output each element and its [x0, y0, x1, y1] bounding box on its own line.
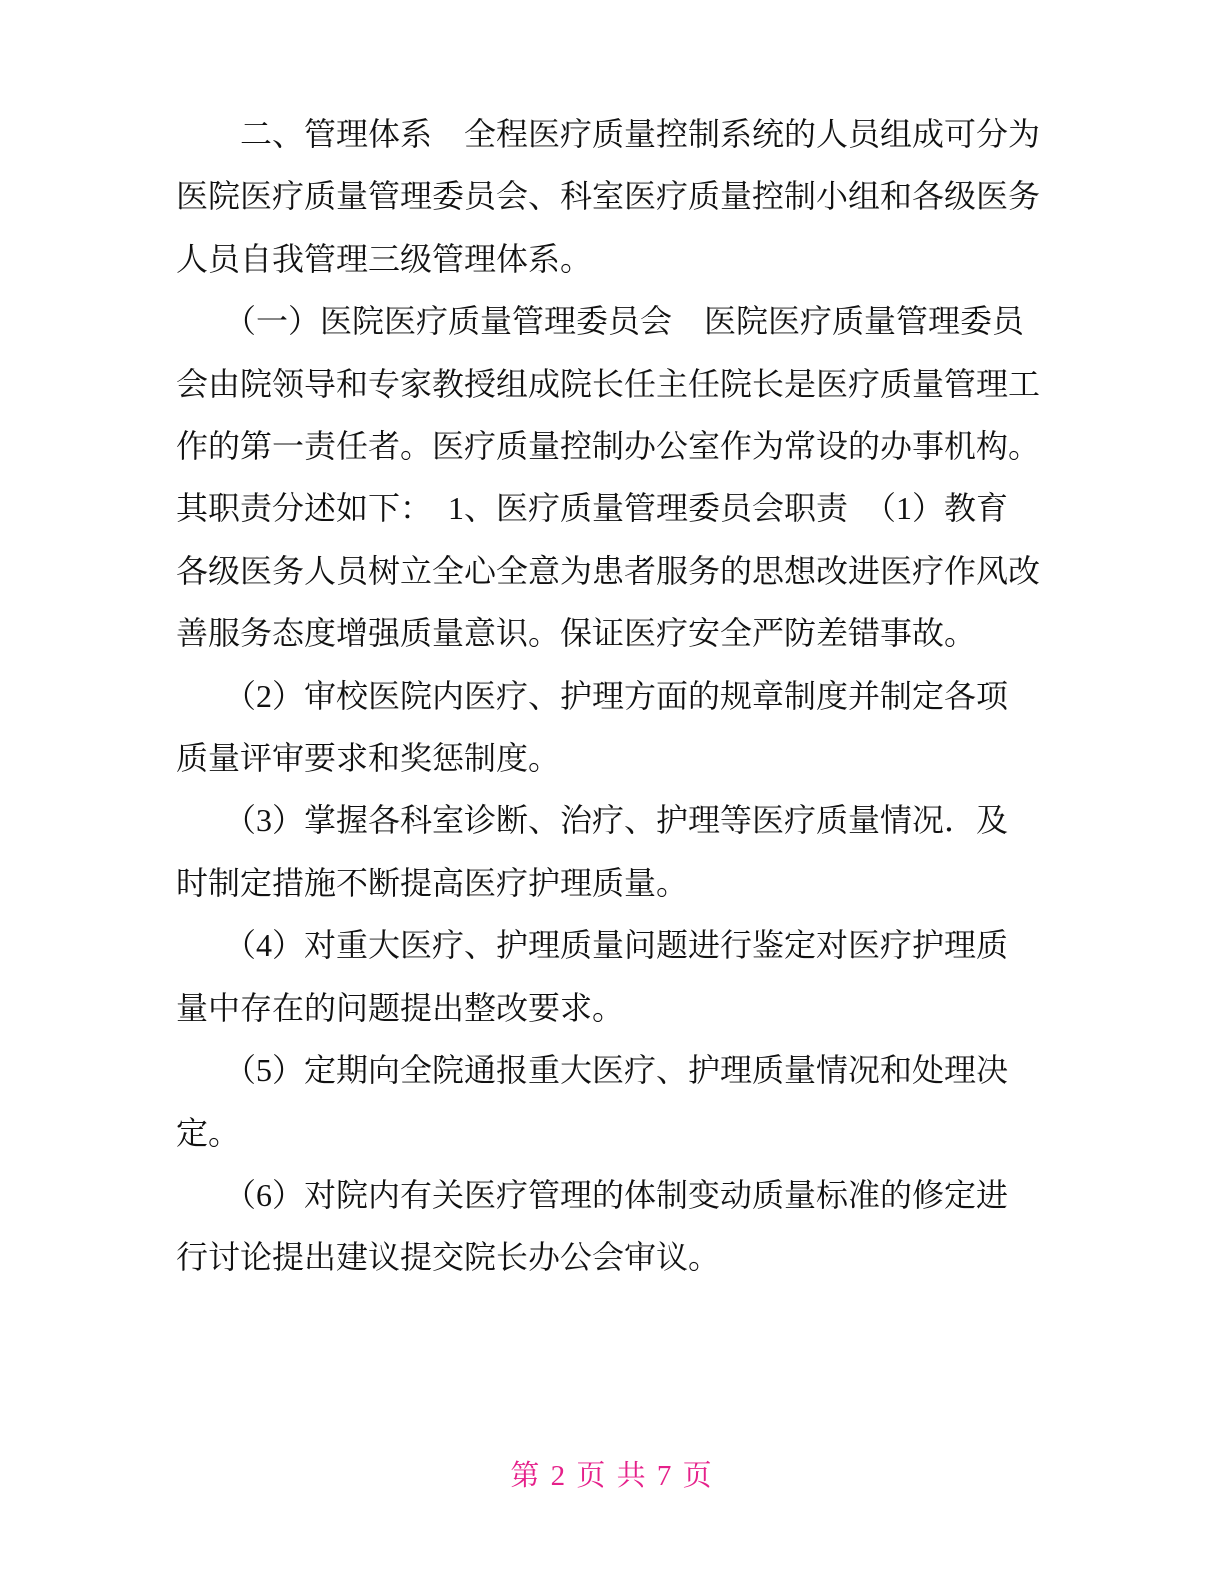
- text-line: （5）定期向全院通报重大医疗、护理质量情况和处理决: [176, 1039, 1056, 1101]
- text-line: 时制定措施不断提高医疗护理质量。: [176, 852, 1056, 914]
- text-line: 各级医务人员树立全心全意为患者服务的思想改进医疗作风改: [176, 540, 1056, 602]
- text-line: 行讨论提出建议提交院长办公会审议。: [176, 1226, 1056, 1288]
- text-line: 善服务态度增强质量意识。保证医疗安全严防差错事故。: [176, 602, 1056, 664]
- text-line: 医院医疗质量管理委员会、科室医疗质量控制小组和各级医务: [176, 165, 1056, 227]
- paragraph-management-system: 二、管理体系 全程医疗质量控制系统的人员组成可分为 医院医疗质量管理委员会、科室…: [176, 103, 1056, 290]
- text-line: 会由院领导和专家教授组成院长任主任院长是医疗质量管理工: [176, 353, 1056, 415]
- text-line: 量中存在的问题提出整改要求。: [176, 977, 1056, 1039]
- paragraph-item-6: （6）对院内有关医疗管理的体制变动质量标准的修定进 行讨论提出建议提交院长办公会…: [176, 1164, 1056, 1289]
- text-line: （4）对重大医疗、护理质量问题进行鉴定对医疗护理质: [176, 914, 1056, 976]
- paragraph-item-3: （3）掌握各科室诊断、治疗、护理等医疗质量情况．及 时制定措施不断提高医疗护理质…: [176, 789, 1056, 914]
- text-line: 二、管理体系 全程医疗质量控制系统的人员组成可分为: [176, 103, 1056, 165]
- paragraph-item-2: （2）审校医院内医疗、护理方面的规章制度并制定各项 质量评审要求和奖惩制度。: [176, 665, 1056, 790]
- text-line: 其职责分述如下： 1、医疗质量管理委员会职责 （1）教育: [176, 477, 1056, 539]
- document-page: 二、管理体系 全程医疗质量控制系统的人员组成可分为 医院医疗质量管理委员会、科室…: [0, 0, 1224, 1584]
- text-line: 人员自我管理三级管理体系。: [176, 228, 1056, 290]
- text-line: 质量评审要求和奖惩制度。: [176, 727, 1056, 789]
- text-line: （6）对院内有关医疗管理的体制变动质量标准的修定进: [176, 1164, 1056, 1226]
- document-body: 二、管理体系 全程医疗质量控制系统的人员组成可分为 医院医疗质量管理委员会、科室…: [176, 103, 1056, 1289]
- text-line: （2）审校医院内医疗、护理方面的规章制度并制定各项: [176, 665, 1056, 727]
- page-footer: 第 2 页 共 7 页: [0, 1456, 1224, 1496]
- text-line: （一）医院医疗质量管理委员会 医院医疗质量管理委员: [176, 290, 1056, 352]
- text-line: （3）掌握各科室诊断、治疗、护理等医疗质量情况．及: [176, 789, 1056, 851]
- page-number-label: 第 2 页 共 7 页: [510, 1460, 713, 1492]
- text-line: 作的第一责任者。医疗质量控制办公室作为常设的办事机构。: [176, 415, 1056, 477]
- text-line: 定。: [176, 1102, 1056, 1164]
- paragraph-item-4: （4）对重大医疗、护理质量问题进行鉴定对医疗护理质 量中存在的问题提出整改要求。: [176, 914, 1056, 1039]
- paragraph-item-5: （5）定期向全院通报重大医疗、护理质量情况和处理决 定。: [176, 1039, 1056, 1164]
- paragraph-committee-intro: （一）医院医疗质量管理委员会 医院医疗质量管理委员 会由院领导和专家教授组成院长…: [176, 290, 1056, 664]
